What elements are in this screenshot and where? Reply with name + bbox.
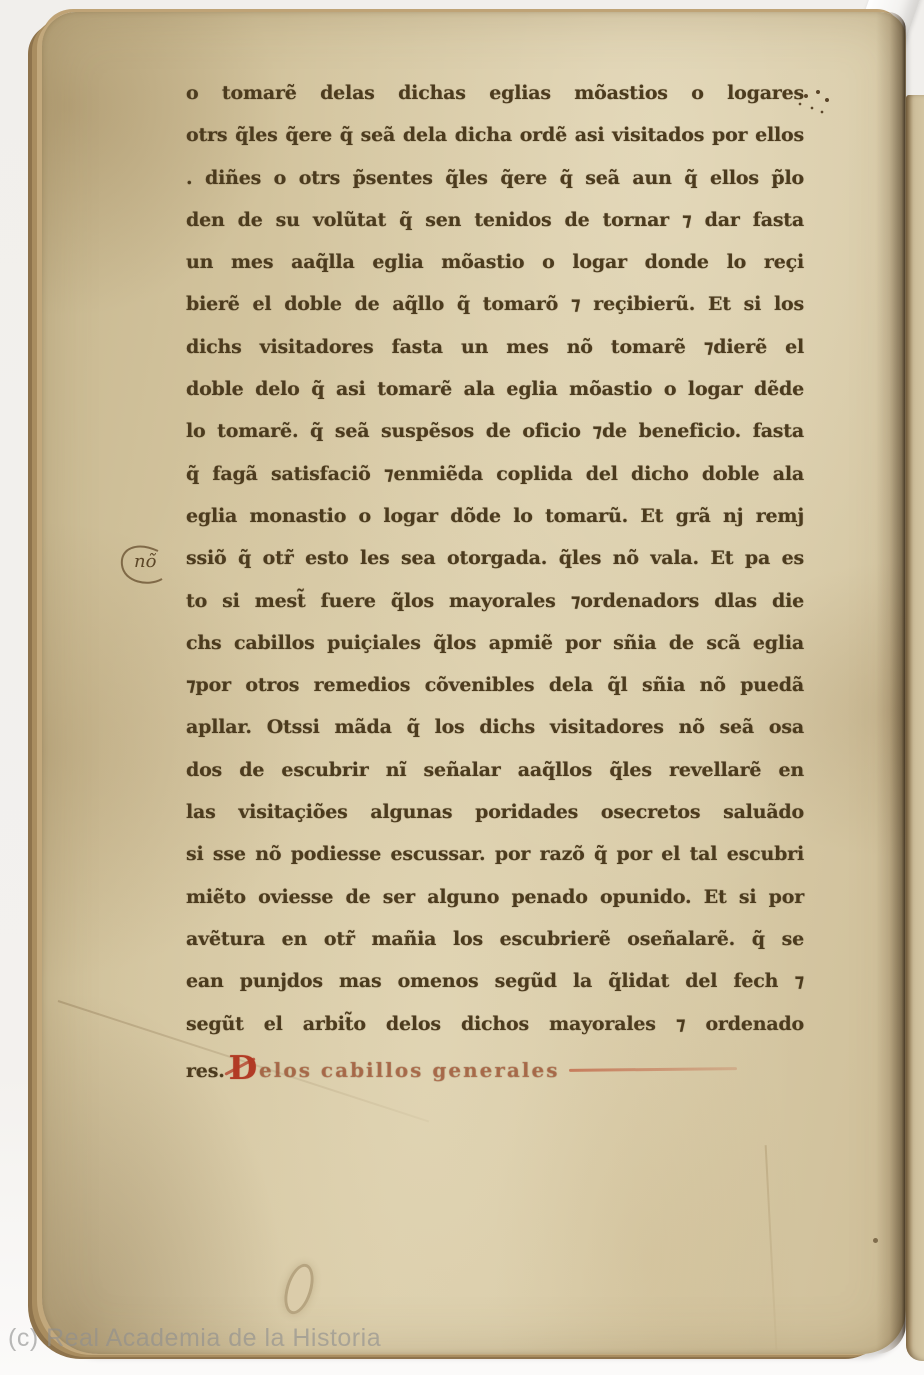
manuscript-last-line-text: res. <box>186 1060 225 1082</box>
manuscript-line: apllar. Otssi mãda q̃ los dichs visitado… <box>186 706 804 748</box>
manuscript-last-line: res.Delos cabillos generales <box>186 1045 804 1087</box>
manuscript-line: o tomarẽ delas dichas eglias mõastios o … <box>186 72 804 114</box>
manuscript-line: dichs visitadores fasta un mes nõ tomarẽ… <box>186 326 804 368</box>
manuscript-line: si sse nõ podiesse escussar. por razõ q̃… <box>186 833 804 875</box>
manuscript-line: bierẽ el doble de aq̃llo q̃ tomarõ ⁊ reç… <box>186 283 804 325</box>
manuscript-line: chs cabillos puiçiales q̃los apmiẽ por s… <box>186 622 804 664</box>
manuscript-line: eglia monastio o logar dõde lo tomarũ. E… <box>186 495 804 537</box>
ink-speck <box>873 1238 878 1243</box>
text-block: o tomarẽ delas dichas eglias mõastios o … <box>186 72 804 1087</box>
manuscript-line: ssiõ q̃ otr̃ esto les sea otorgada. q̃le… <box>186 537 804 579</box>
facing-page-edge <box>906 95 924 1361</box>
binding-gutter-shadow <box>876 12 906 1354</box>
nota-margin-mark-icon: nõ <box>112 535 178 597</box>
manuscript-line: ⁊por otros remedios cõvenibles dela q̃l … <box>186 664 804 706</box>
manuscript-line: un mes aaq̃lla eglia mõastio o logar don… <box>186 241 804 283</box>
rubric-title: elos cabillos generales <box>259 1058 559 1082</box>
manuscript-line: las visitaçiões algunas poridades osecre… <box>186 791 804 833</box>
manuscript-line: den de su volũtat q̃ sen tenidos de torn… <box>186 199 804 241</box>
manuscript-line: lo tomarẽ. q̃ seã suspẽsos de oficio ⁊de… <box>186 410 804 452</box>
copyright-watermark: (c) Real Academia de la Historia <box>8 1324 381 1353</box>
manuscript-line: q̃ fagã satisfaciõ ⁊enmiẽda coplida del … <box>186 453 804 495</box>
rubric-rule-line <box>569 1067 737 1072</box>
manuscript-line: segũt el arbit̃o delos dichos mayorales … <box>186 1003 804 1045</box>
manuscript-line: avẽtura en otr̃ mañia los escubrierẽ ose… <box>186 918 804 960</box>
scan-background: { "manuscript": { "lines": [ "o tomarẽ d… <box>0 0 924 1375</box>
manuscript-line: . diñes o otrs p̃sentes q̃les q̃ere q̃ s… <box>186 157 804 199</box>
manuscript-line: to si mest̃ fuere q̃los mayorales ⁊orden… <box>186 580 804 622</box>
manuscript-line: dos de escubrir nĩ señalar aaq̃llos q̃le… <box>186 749 804 791</box>
manuscript-line: ean punjdos mas omenos segũd la q̃lidat … <box>186 960 804 1002</box>
manuscript-line: miẽto oviesse de ser alguno penado opuni… <box>186 876 804 918</box>
nota-margin-note-text: nõ <box>134 551 157 572</box>
manuscript-line: otrs q̃les q̃ere q̃ seã dela dicha ordẽ … <box>186 114 804 156</box>
manuscript-line: doble delo q̃ asi tomarẽ ala eglia mõast… <box>186 368 804 410</box>
